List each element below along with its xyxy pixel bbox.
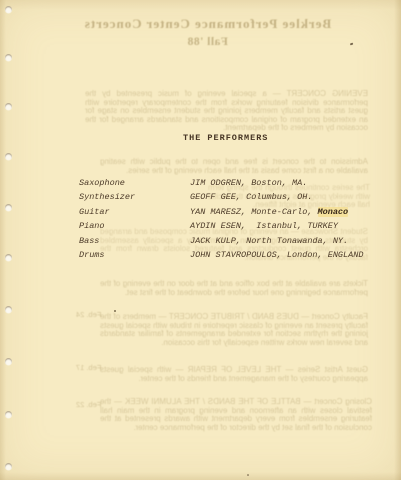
performer-row: Bass JACK KULP, North Tonawanda, NY. xyxy=(79,236,379,250)
paper-speck xyxy=(247,474,249,476)
bleedthrough-masthead: Berklee Performance Center Concerts Fall… xyxy=(55,16,360,50)
punch-hole xyxy=(5,463,12,470)
punch-hole xyxy=(5,306,12,313)
punch-hole xyxy=(5,153,12,160)
bleedthrough-masthead-line1: Berklee Performance Center Concerts xyxy=(55,16,360,31)
instrument-label: Synthesizer xyxy=(79,192,190,202)
performer-row: Synthesizer GEOFF GEE, Columbus, OH. xyxy=(79,192,379,206)
performer-row: Guitar YAN MARESZ, Monte-Carlo, Monaco xyxy=(79,207,379,221)
performer-name: JACK KULP, North Tonawanda, NY. xyxy=(190,236,348,246)
bleedthrough-paragraph: Guest Artist Series — THE LEVEL OF REPAI… xyxy=(100,366,368,383)
performer-name-text: AYDIN ESEN, Istanbul, TURKEY xyxy=(190,221,338,231)
instrument-label: Piano xyxy=(79,221,190,231)
instrument-label: Saxophone xyxy=(79,178,190,188)
punch-hole xyxy=(5,411,12,418)
performer-name-text: JOHN STAVROPOULOS, London, ENGLAND xyxy=(190,250,363,260)
bleedthrough-paragraph: Faculty Concert — DUES BAND / TRIBUTE CO… xyxy=(100,313,368,347)
bleedthrough-date: Feb. 22 xyxy=(76,400,101,409)
instrument-label: Drums xyxy=(79,250,190,260)
highlighted-country: Monaco xyxy=(318,207,349,217)
performer-name: JIM ODGREN, Boston, MA. xyxy=(190,178,307,188)
scanned-document-page: Berklee Performance Center Concerts Fall… xyxy=(0,0,401,480)
bleedthrough-date: Feb. 24 xyxy=(76,310,101,319)
instrument-label: Guitar xyxy=(79,207,190,217)
performer-name: JOHN STAVROPOULOS, London, ENGLAND xyxy=(190,250,363,260)
paper-speck xyxy=(350,43,353,45)
punch-hole xyxy=(5,254,12,261)
performer-name-text: YAN MARESZ, Monte-Carlo, xyxy=(190,207,318,217)
punch-hole xyxy=(5,54,12,61)
punch-hole xyxy=(5,103,12,110)
performers-list: Saxophone JIM ODGREN, Boston, MA. Synthe… xyxy=(79,178,379,264)
instrument-label: Bass xyxy=(79,236,190,246)
punch-hole xyxy=(5,358,12,365)
bleedthrough-paragraph: Closing Concert — BATTLE OF THE BANDS / … xyxy=(100,398,372,432)
bleedthrough-paragraph: EVENING CONCERT — a special evening of m… xyxy=(85,90,368,133)
performer-name-text: JACK KULP, North Tonawanda, NY. xyxy=(190,236,348,246)
page-title: THE PERFORMERS xyxy=(183,133,268,143)
bleedthrough-masthead-line2: Fall '88 xyxy=(55,35,360,50)
performer-name: GEOFF GEE, Columbus, OH. xyxy=(190,192,312,202)
punch-hole xyxy=(5,6,12,13)
bleedthrough-paragraph: Tickets are available at the box office … xyxy=(100,280,368,297)
performer-name: YAN MARESZ, Monte-Carlo, Monaco xyxy=(190,207,348,217)
punch-hole xyxy=(5,204,12,211)
performer-row: Piano AYDIN ESEN, Istanbul, TURKEY xyxy=(79,221,379,235)
paper-speck xyxy=(114,310,116,312)
performer-row: Saxophone JIM ODGREN, Boston, MA. xyxy=(79,178,379,192)
performer-name: AYDIN ESEN, Istanbul, TURKEY xyxy=(190,221,338,231)
bleedthrough-date: Feb. 17 xyxy=(76,363,101,372)
bleedthrough-paragraph: Admission to the concert is free and ope… xyxy=(100,158,368,175)
performer-name-text: GEOFF GEE, Columbus, OH. xyxy=(190,192,312,202)
performer-name-text: JIM ODGREN, Boston, MA. xyxy=(190,178,307,188)
performer-row: Drums JOHN STAVROPOULOS, London, ENGLAND xyxy=(79,250,379,264)
